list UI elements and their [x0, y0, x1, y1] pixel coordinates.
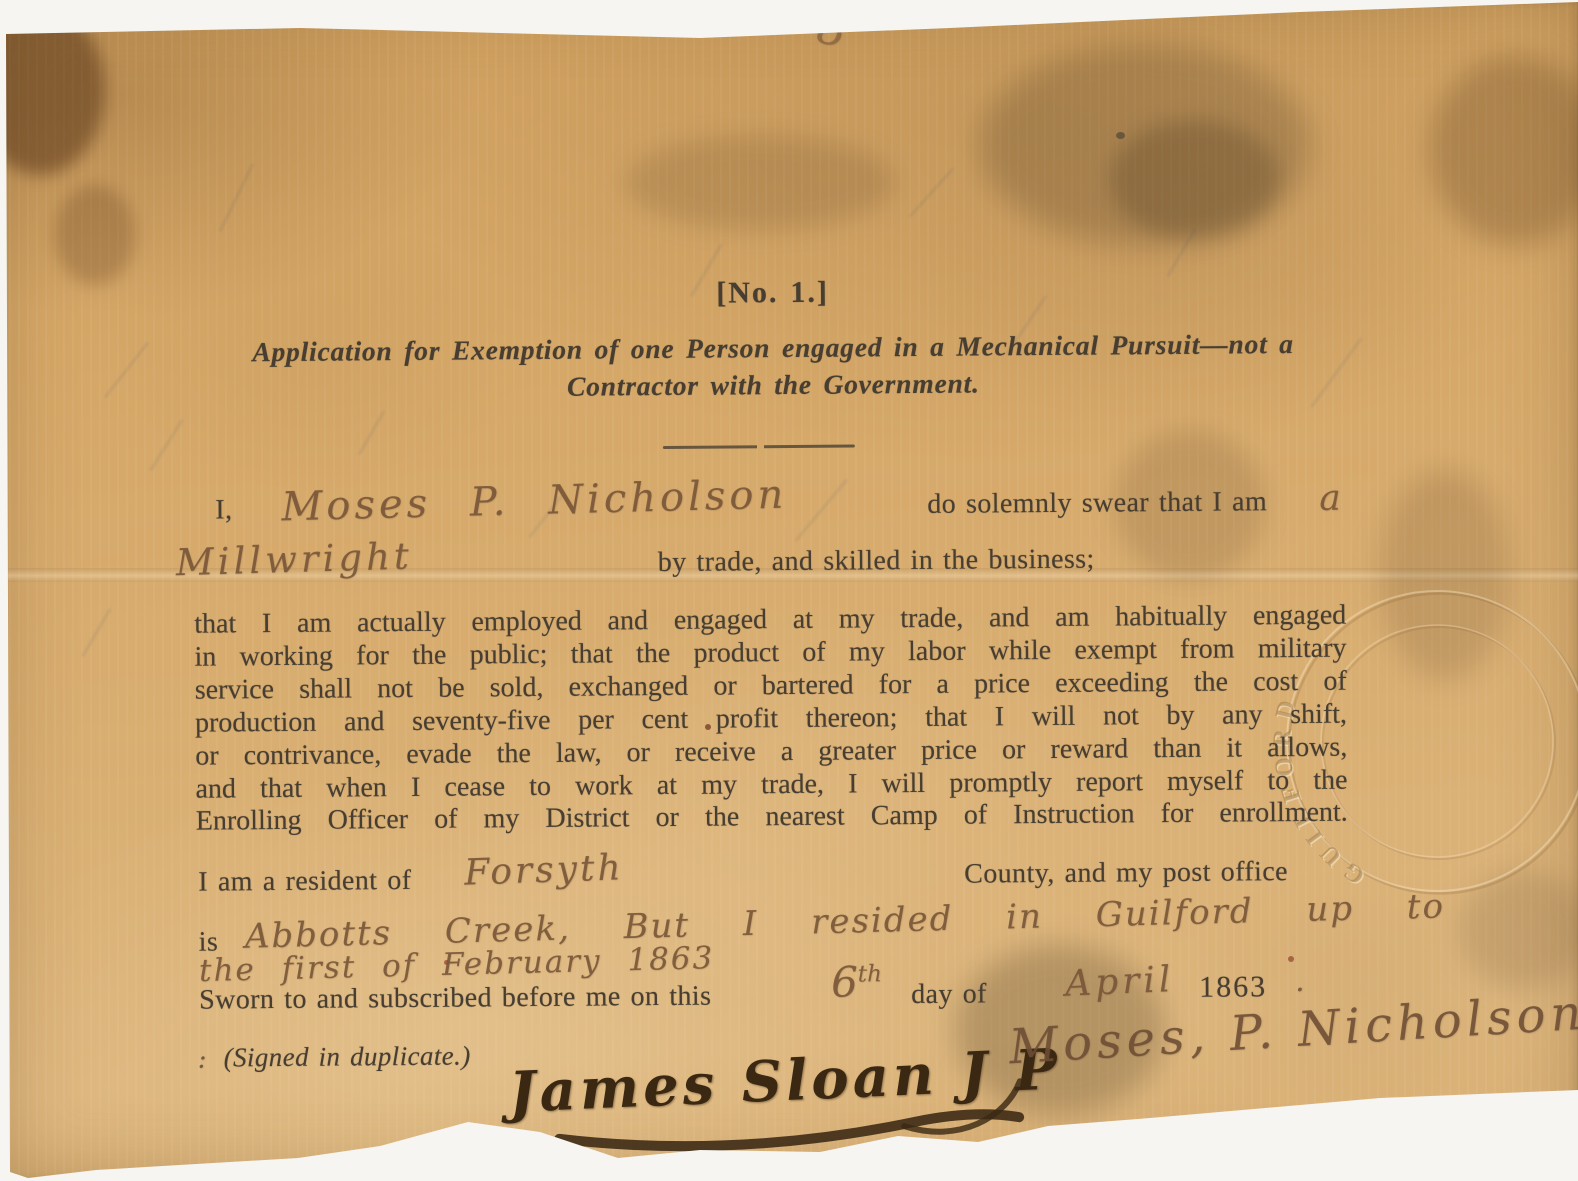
- scan-background: { "document": { "page_number_mark": "8",…: [0, 0, 1578, 1181]
- stray-mark: :: [198, 1045, 207, 1075]
- signed-duplicate-note: (Signed in duplicate.): [224, 1041, 471, 1074]
- day-number: 6: [831, 957, 858, 1006]
- oath-article-handwritten: a: [1319, 478, 1341, 519]
- page-number-mark: 8: [812, 0, 852, 58]
- sworn-period: .: [1295, 964, 1305, 999]
- sworn-month-handwritten: April: [1064, 959, 1175, 1005]
- form-number: [No. 1.]: [178, 271, 1368, 314]
- sworn-year-text: 1863: [1199, 970, 1267, 1005]
- county-text: County, and my post office: [964, 856, 1288, 891]
- post-office-handwritten: Abbotts Creek, But I resided in Guilford…: [244, 886, 1445, 956]
- form-title-line1: Application for Exemption of one Person …: [178, 327, 1368, 368]
- signature-flourish: [474, 1073, 1075, 1168]
- form-title-line2: Contractor with the Government.: [178, 364, 1368, 405]
- sworn-day-handwritten: 6th: [831, 957, 882, 1006]
- day-ordinal: th: [858, 961, 882, 987]
- day-of-text: day of: [911, 978, 987, 1011]
- divider-rule: [663, 444, 855, 449]
- applicant-name-handwritten: Moses P. Nicholson: [281, 472, 788, 531]
- oath-swear-text: do solemnly swear that I am: [927, 486, 1267, 521]
- resident-text: I am a resident of: [198, 865, 411, 899]
- sworn-text: Sworn to and subscribed before me on thi…: [199, 981, 711, 1017]
- county-handwritten: Forsyth: [464, 847, 625, 893]
- document-content: 8 [No. 1.] Application for Exemption of …: [0, 0, 1578, 1181]
- document-paper: GUILFORD GUILFORD 8 [No. 1.] Application…: [0, 0, 1578, 1181]
- oath-trade-text: by trade, and skilled in the business;: [658, 544, 1095, 579]
- oath-i-label: I,: [215, 494, 232, 526]
- trade-handwritten: Millwright: [175, 534, 413, 584]
- affidavit-paragraph: that I am actually employed and engaged …: [194, 600, 1348, 839]
